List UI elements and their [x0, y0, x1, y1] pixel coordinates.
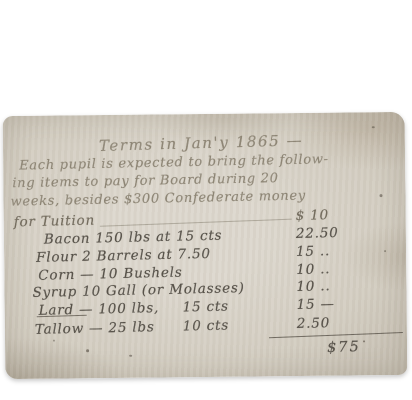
- date-line: Terms in Jan'y 1865 —: [99, 131, 304, 155]
- document-paper: Terms in Jan'y 1865 — Each pupil is expe…: [3, 112, 408, 379]
- item-desc: Corn — 10 Bushels: [38, 265, 183, 284]
- item-amount: 15 —: [296, 296, 335, 313]
- paper-speck: [353, 343, 355, 345]
- item-rate: 10 cts: [183, 317, 230, 334]
- paper-speck: [363, 340, 365, 342]
- tuition-leader-line: [100, 219, 292, 227]
- paper-speck: [379, 194, 382, 197]
- tuition-label: for Tuition: [14, 212, 96, 230]
- tuition-amount: $ 10: [295, 207, 329, 224]
- paper-speck: [53, 340, 55, 342]
- paper-speck: [86, 349, 89, 352]
- paper-speck: [372, 126, 375, 128]
- paper-speck: [129, 355, 132, 357]
- item-desc: Tallow — 25 lbs: [35, 319, 155, 338]
- total-amount: $75: [327, 339, 361, 356]
- item-amount: 15 ..: [296, 243, 330, 260]
- item-amount: 10 ..: [296, 278, 330, 295]
- item-amount: 10 ..: [296, 261, 330, 278]
- intro-line-1: Each pupil is expected to bring the foll…: [19, 152, 329, 173]
- item-amount: 22.50: [296, 225, 339, 242]
- item-desc: Flour 2 Barrels at 7.50: [36, 246, 211, 266]
- paper-speck: [384, 250, 386, 252]
- item-rate: 15 cts: [182, 298, 229, 315]
- item-amount: 2.50: [297, 315, 331, 332]
- photo-background: Terms in Jan'y 1865 — Each pupil is expe…: [0, 0, 412, 400]
- item-desc: Bacon 150 lbs at 15 cts: [44, 228, 223, 248]
- item-desc: Syrup 10 Gall (or Molasses): [32, 280, 245, 301]
- intro-line-2: ing items to pay for Board during 20: [12, 171, 279, 191]
- intro-line-3: weeks, besides $300 Confederate money: [10, 188, 306, 209]
